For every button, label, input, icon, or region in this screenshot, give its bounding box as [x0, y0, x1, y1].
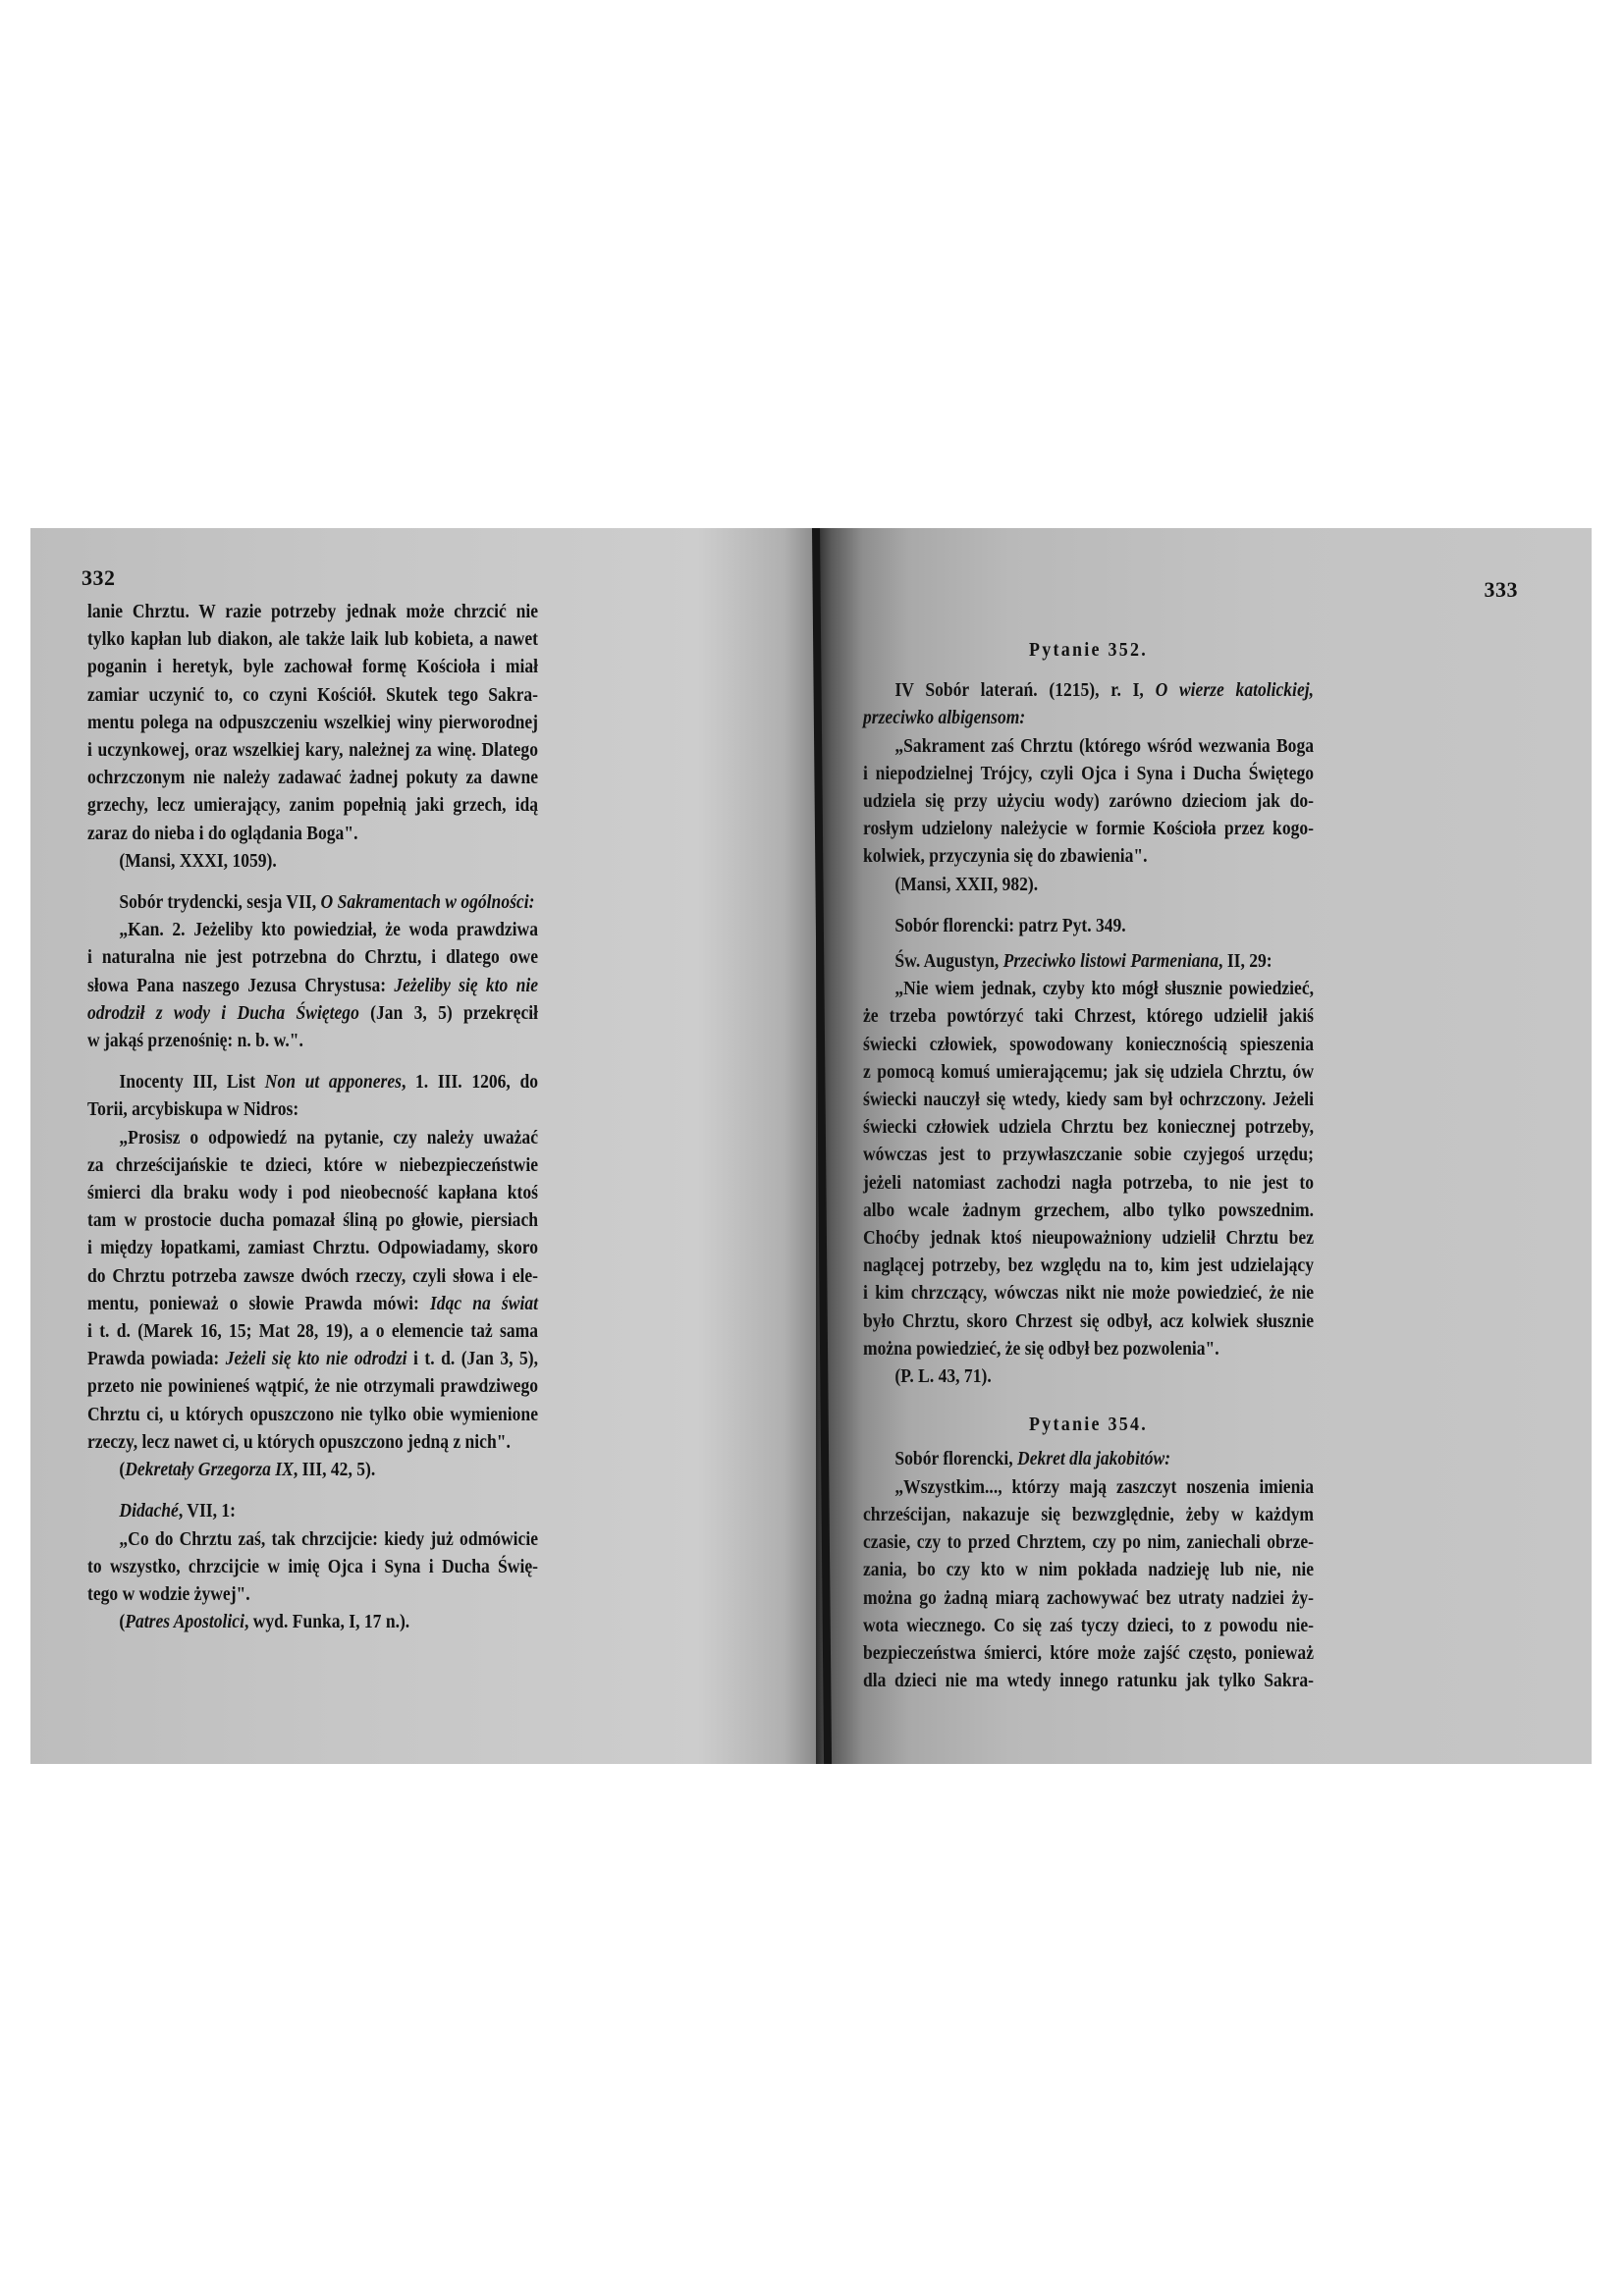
text-line: świecki człowiek, spowodowany koniecznoś… [863, 1032, 1314, 1059]
text-line: i niepodzielnej Trójcy, czyli Ojca i Syn… [863, 761, 1314, 788]
question-heading: Pytanie 352. [863, 636, 1314, 664]
text-line: bezpieczeństwa śmierci, które może zajść… [863, 1640, 1314, 1668]
text-line: ochrzczonym nie należy zadawać żadnej po… [87, 765, 538, 792]
text-line: wówczas jest to przywłaszczanie sobie cz… [863, 1142, 1314, 1169]
quotation: „Sakrament zaś Chrztu (którego wśród wez… [863, 733, 1314, 872]
text-line: lanie Chrztu. W razie potrzeby jednak mo… [87, 599, 538, 626]
quotation: „Nie wiem jednak, czyby kto mógł słuszni… [863, 976, 1314, 1363]
text-line: odrodził z wody i Ducha Świętego (Jan 3,… [87, 1000, 538, 1028]
text-line: mentu polega na odpuszczeniu wszelkiej w… [87, 710, 538, 737]
paragraph: lanie Chrztu. W razie potrzeby jednak mo… [87, 599, 538, 848]
text-line: zaraz do nieba i do oglądania Boga". [87, 821, 538, 848]
quotation: „Kan. 2. Jeżeliby kto powiedział, że wod… [87, 917, 538, 1055]
text-line: rzeczy, lecz nawet ci, u których opuszcz… [87, 1429, 538, 1457]
text-line: „Nie wiem jednak, czyby kto mógł słuszni… [863, 976, 1314, 1003]
text-line: „Co do Chrztu zaś, tak chrzcijcie: kiedy… [87, 1526, 538, 1554]
text-line: czasie, czy to przed Chrztem, czy po nim… [863, 1529, 1314, 1557]
left-page: 332 lanie Chrztu. W razie potrzeby jedna… [30, 528, 816, 1764]
text-line: słowa Pana naszego Jezusa Chrystusa: Jeż… [87, 973, 538, 1000]
text-line: świecki nauczył się wtedy, kiedy sam był… [863, 1087, 1314, 1114]
text-line: udziela się przy użyciu wody) zarówno dz… [863, 788, 1314, 816]
text-line: rosłym udzielony należycie w formie Kośc… [863, 816, 1314, 843]
text-line: Sobór trydencki, sesja VII, O Sakramenta… [87, 889, 538, 917]
text-line: przeciwko albigensom: [863, 705, 1314, 732]
text-line: Sobór florencki: patrz Pyt. 349. [863, 913, 1314, 940]
text-line: „Wszystkim..., którzy mają zaszczyt nosz… [863, 1474, 1314, 1502]
text-line: „Kan. 2. Jeżeliby kto powiedział, że wod… [87, 917, 538, 944]
text-line: IV Sobór laterań. (1215), r. I, O wierze… [863, 677, 1314, 705]
page-text: lanie Chrztu. W razie potrzeby jednak mo… [87, 599, 538, 1636]
text-line: można go żadną miarą zachowywać bez utra… [863, 1585, 1314, 1613]
text-line: i t. d. (Marek 16, 15; Mat 28, 19), a o … [87, 1318, 538, 1346]
citation: (Mansi, XXII, 982). [863, 872, 1314, 899]
text-line: grzechy, lecz umierający, zanim popełnią… [87, 792, 538, 820]
quotation: „Prosisz o odpowiedź na pytanie, czy nal… [87, 1125, 538, 1457]
text-line: poganin i heretyk, byle zachował formę K… [87, 654, 538, 681]
text-line: w jakąś przenośnię: n. b. w.". [87, 1028, 538, 1055]
source-heading: Didaché, VII, 1: [87, 1498, 538, 1525]
page-number: 332 [81, 565, 116, 591]
citation: (Patres Apostolici, wyd. Funka, I, 17 n.… [87, 1609, 538, 1636]
text-line: za chrześcijańskie te dzieci, które w ni… [87, 1152, 538, 1180]
text-line: tego w wodzie żywej". [87, 1581, 538, 1609]
text-line: śmierci dla braku wody i pod nieobecność… [87, 1180, 538, 1207]
text-line: Inocenty III, List Non ut apponeres, 1. … [87, 1069, 538, 1096]
text-line: Prawda powiada: Jeżeli się kto nie odrod… [87, 1346, 538, 1373]
text-line: i kim chrzczący, wówczas nikt nie może p… [863, 1280, 1314, 1308]
text-line: to wszystko, chrzcijcie w imię Ojca i Sy… [87, 1554, 538, 1581]
text-line: (Dekretały Grzegorza IX, III, 42, 5). [87, 1457, 538, 1484]
text-line: świecki człowiek udziela Chrztu bez koni… [863, 1114, 1314, 1142]
source-heading: Sobór trydencki, sesja VII, O Sakramenta… [87, 889, 538, 917]
right-page: 333 Pytanie 352.IV Sobór laterań. (1215)… [816, 528, 1592, 1764]
text-line: Torii, arcybiskupa w Nidros: [87, 1096, 538, 1124]
text-line: chrześcijan, nakazuje się bezwzględnie, … [863, 1502, 1314, 1529]
source-heading: Sobór florencki: patrz Pyt. 349. [863, 913, 1314, 940]
question-heading: Pytanie 354. [863, 1411, 1314, 1438]
source-heading: Sobór florencki, Dekret dla jakobitów: [863, 1446, 1314, 1473]
text-line: zamiar uczynić to, co czyni Kościół. Sku… [87, 682, 538, 710]
page-text: Pytanie 352.IV Sobór laterań. (1215), r.… [863, 636, 1314, 1695]
text-line: i naturalna nie jest potrzebna do Chrztu… [87, 944, 538, 972]
scanned-book-spread: 332 lanie Chrztu. W razie potrzeby jedna… [30, 528, 1592, 1764]
source-heading: IV Sobór laterań. (1215), r. I, O wierze… [863, 677, 1314, 732]
text-line: przeto nie powinieneś wątpić, że nie otr… [87, 1373, 538, 1401]
text-line: Św. Augustyn, Przeciwko listowi Parmenia… [863, 948, 1314, 976]
source-heading: Inocenty III, List Non ut apponeres, 1. … [87, 1069, 538, 1124]
text-line: Choćby jednak ktoś nieupoważniony udziel… [863, 1225, 1314, 1253]
text-line: z pomocą komuś umierającemu; jak się udz… [863, 1059, 1314, 1087]
text-line: można powiedzieć, że się odbył bez pozwo… [863, 1336, 1314, 1363]
citation: (Dekretały Grzegorza IX, III, 42, 5). [87, 1457, 538, 1484]
quotation: „Co do Chrztu zaś, tak chrzcijcie: kiedy… [87, 1526, 538, 1610]
text-line: (Mansi, XXXI, 1059). [87, 848, 538, 876]
text-line: zania, bo czy kto w nim pokłada nadzieję… [863, 1557, 1314, 1584]
text-line: Pytanie 354. [863, 1411, 1314, 1438]
text-line: mentu, ponieważ o słowie Prawda mówi: Id… [87, 1291, 538, 1318]
text-line: było Chrztu, skoro Chrzest się odbył, ac… [863, 1308, 1314, 1336]
text-line: że trzeba powtórzyć taki Chrzest, któreg… [863, 1003, 1314, 1031]
text-line: i między łopatkami, zamiast Chrztu. Odpo… [87, 1235, 538, 1262]
text-line: Pytanie 352. [863, 636, 1314, 664]
text-line: do Chrztu potrzeba zawsze dwóch rzeczy, … [87, 1263, 538, 1291]
text-line: „Sakrament zaś Chrztu (którego wśród wez… [863, 733, 1314, 761]
text-line: jeżeli natomiast zachodzi nagła potrzeba… [863, 1170, 1314, 1198]
page-number: 333 [1485, 577, 1519, 603]
text-line: Didaché, VII, 1: [87, 1498, 538, 1525]
quotation: „Wszystkim..., którzy mają zaszczyt nosz… [863, 1474, 1314, 1696]
citation: (P. L. 43, 71). [863, 1363, 1314, 1391]
text-line: albo wcale żadnym grzechem, albo tylko p… [863, 1198, 1314, 1225]
text-line: dla dzieci nie ma wtedy innego ratunku j… [863, 1668, 1314, 1695]
citation: (Mansi, XXXI, 1059). [87, 848, 538, 876]
text-line: i uczynkowej, oraz wszelkiej kary, należ… [87, 737, 538, 765]
text-line: Chrztu ci, u których opuszczono nie tylk… [87, 1402, 538, 1429]
text-line: tylko kapłan lub diakon, ale także laik … [87, 626, 538, 654]
text-line: (P. L. 43, 71). [863, 1363, 1314, 1391]
source-heading: Św. Augustyn, Przeciwko listowi Parmenia… [863, 948, 1314, 976]
text-line: „Prosisz o odpowiedź na pytanie, czy nal… [87, 1125, 538, 1152]
text-line: (Patres Apostolici, wyd. Funka, I, 17 n.… [87, 1609, 538, 1636]
text-line: tam w prostocie ducha pomazał śliną po g… [87, 1207, 538, 1235]
text-line: kolwiek, przyczynia się do zbawienia". [863, 843, 1314, 871]
text-line: wota wiecznego. Co się zaś tyczy dzieci,… [863, 1613, 1314, 1640]
text-line: (Mansi, XXII, 982). [863, 872, 1314, 899]
text-line: naglącej potrzeby, bez względu na to, ki… [863, 1253, 1314, 1280]
text-line: Sobór florencki, Dekret dla jakobitów: [863, 1446, 1314, 1473]
